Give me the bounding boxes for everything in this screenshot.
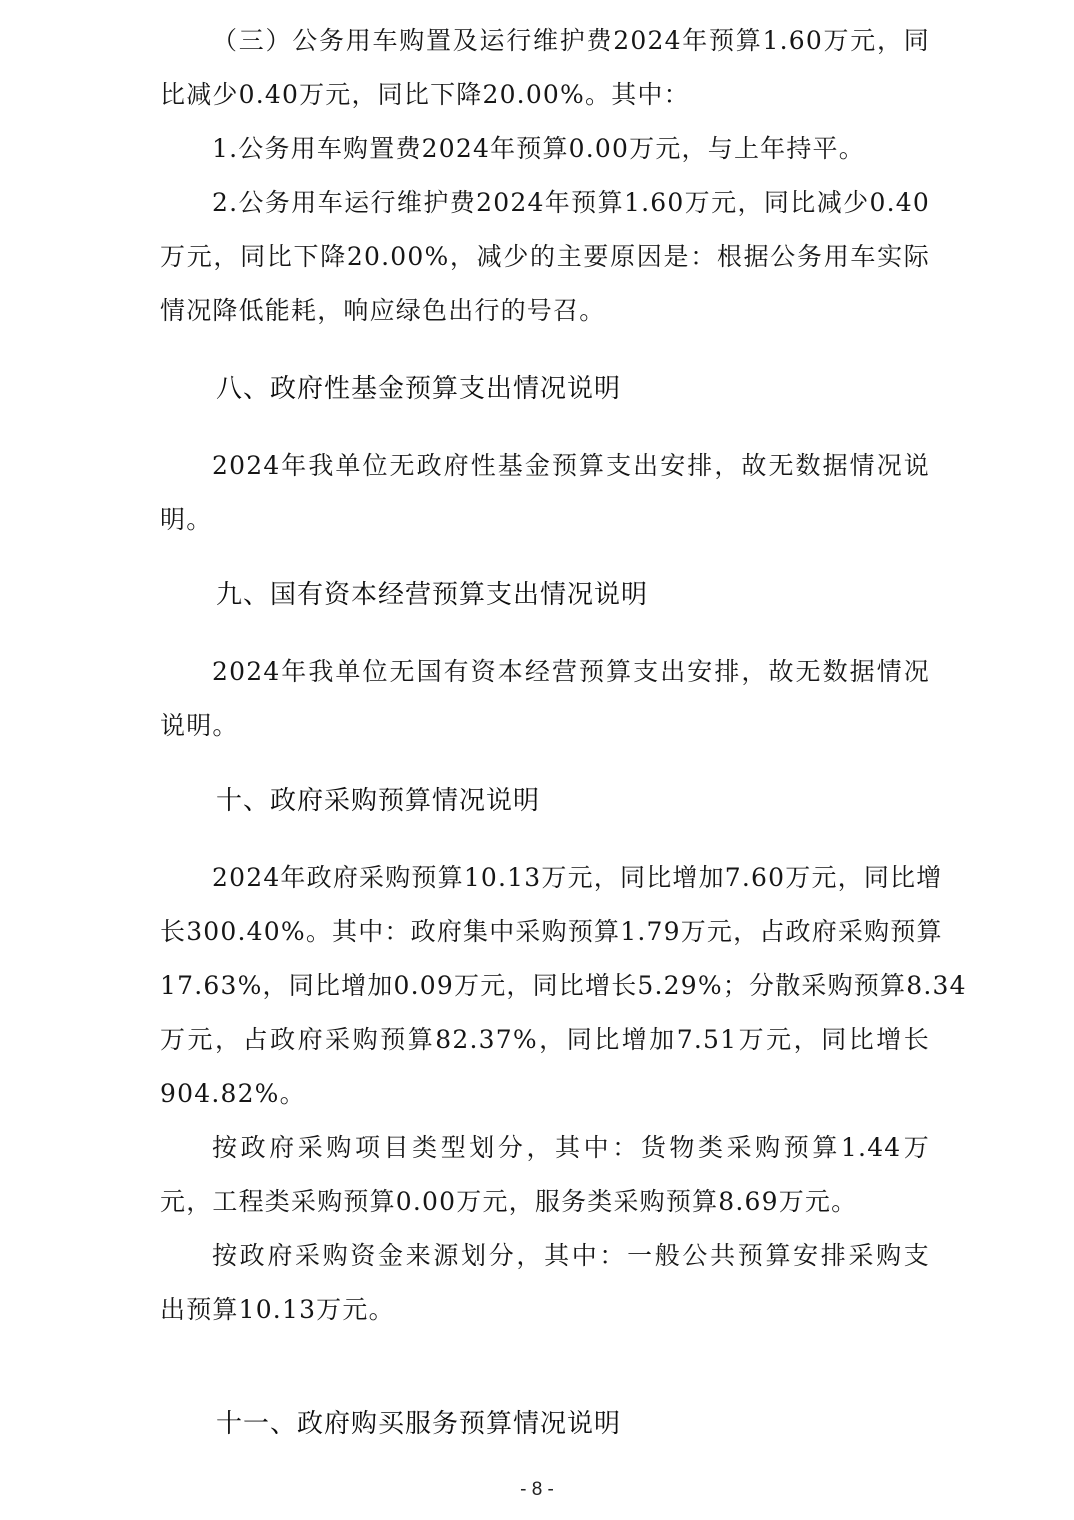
paragraph-line: 904.82%。 bbox=[160, 1077, 930, 1111]
paragraph-line: 长300.40%。其中：政府集中采购预算1.79万元，占政府采购预算 bbox=[160, 915, 930, 949]
paragraph-line: 元，工程类采购预算0.00万元，服务类采购预算8.69万元。 bbox=[160, 1185, 930, 1219]
paragraph-line: 2024年政府采购预算10.13万元，同比增加7.60万元，同比增 bbox=[212, 861, 930, 895]
section-heading-10: 十、政府采购预算情况说明 bbox=[216, 784, 540, 818]
paragraph-line: 说明。 bbox=[160, 709, 930, 743]
paragraph-line: 2024年我单位无政府性基金预算支出安排，故无数据情况说 bbox=[212, 449, 930, 483]
paragraph-line: 比减少0.40万元，同比下降20.00%。其中： bbox=[160, 78, 930, 112]
paragraph-line: 1.公务用车购置费2024年预算0.00万元，与上年持平。 bbox=[212, 132, 930, 166]
paragraph-line: 出预算10.13万元。 bbox=[160, 1293, 930, 1327]
document-page: （三）公务用车购置及运行维护费2024年预算1.60万元，同 比减少0.40万元… bbox=[0, 0, 1074, 1520]
paragraph-line: 按政府采购项目类型划分，其中：货物类采购预算1.44万 bbox=[212, 1131, 930, 1165]
section-heading-8: 八、政府性基金预算支出情况说明 bbox=[216, 372, 621, 406]
section-heading-9: 九、国有资本经营预算支出情况说明 bbox=[216, 578, 648, 612]
paragraph-line: （三）公务用车购置及运行维护费2024年预算1.60万元，同 bbox=[212, 24, 930, 58]
paragraph-line: 情况降低能耗，响应绿色出行的号召。 bbox=[160, 294, 930, 328]
page-number: - 8 - bbox=[0, 1478, 1074, 1502]
paragraph-line: 2.公务用车运行维护费2024年预算1.60万元，同比减少0.40 bbox=[212, 186, 930, 220]
paragraph-line: 17.63%，同比增加0.09万元，同比增长5.29%；分散采购预算8.34 bbox=[160, 969, 930, 1003]
paragraph-line: 按政府采购资金来源划分，其中：一般公共预算安排采购支 bbox=[212, 1239, 930, 1273]
section-heading-11: 十一、政府购买服务预算情况说明 bbox=[216, 1407, 621, 1441]
paragraph-line: 2024年我单位无国有资本经营预算支出安排，故无数据情况 bbox=[212, 655, 930, 689]
paragraph-line: 明。 bbox=[160, 503, 930, 537]
paragraph-line: 万元，占政府采购预算82.37%，同比增加7.51万元，同比增长 bbox=[160, 1023, 930, 1057]
paragraph-line: 万元，同比下降20.00%，减少的主要原因是：根据公务用车实际 bbox=[160, 240, 930, 274]
